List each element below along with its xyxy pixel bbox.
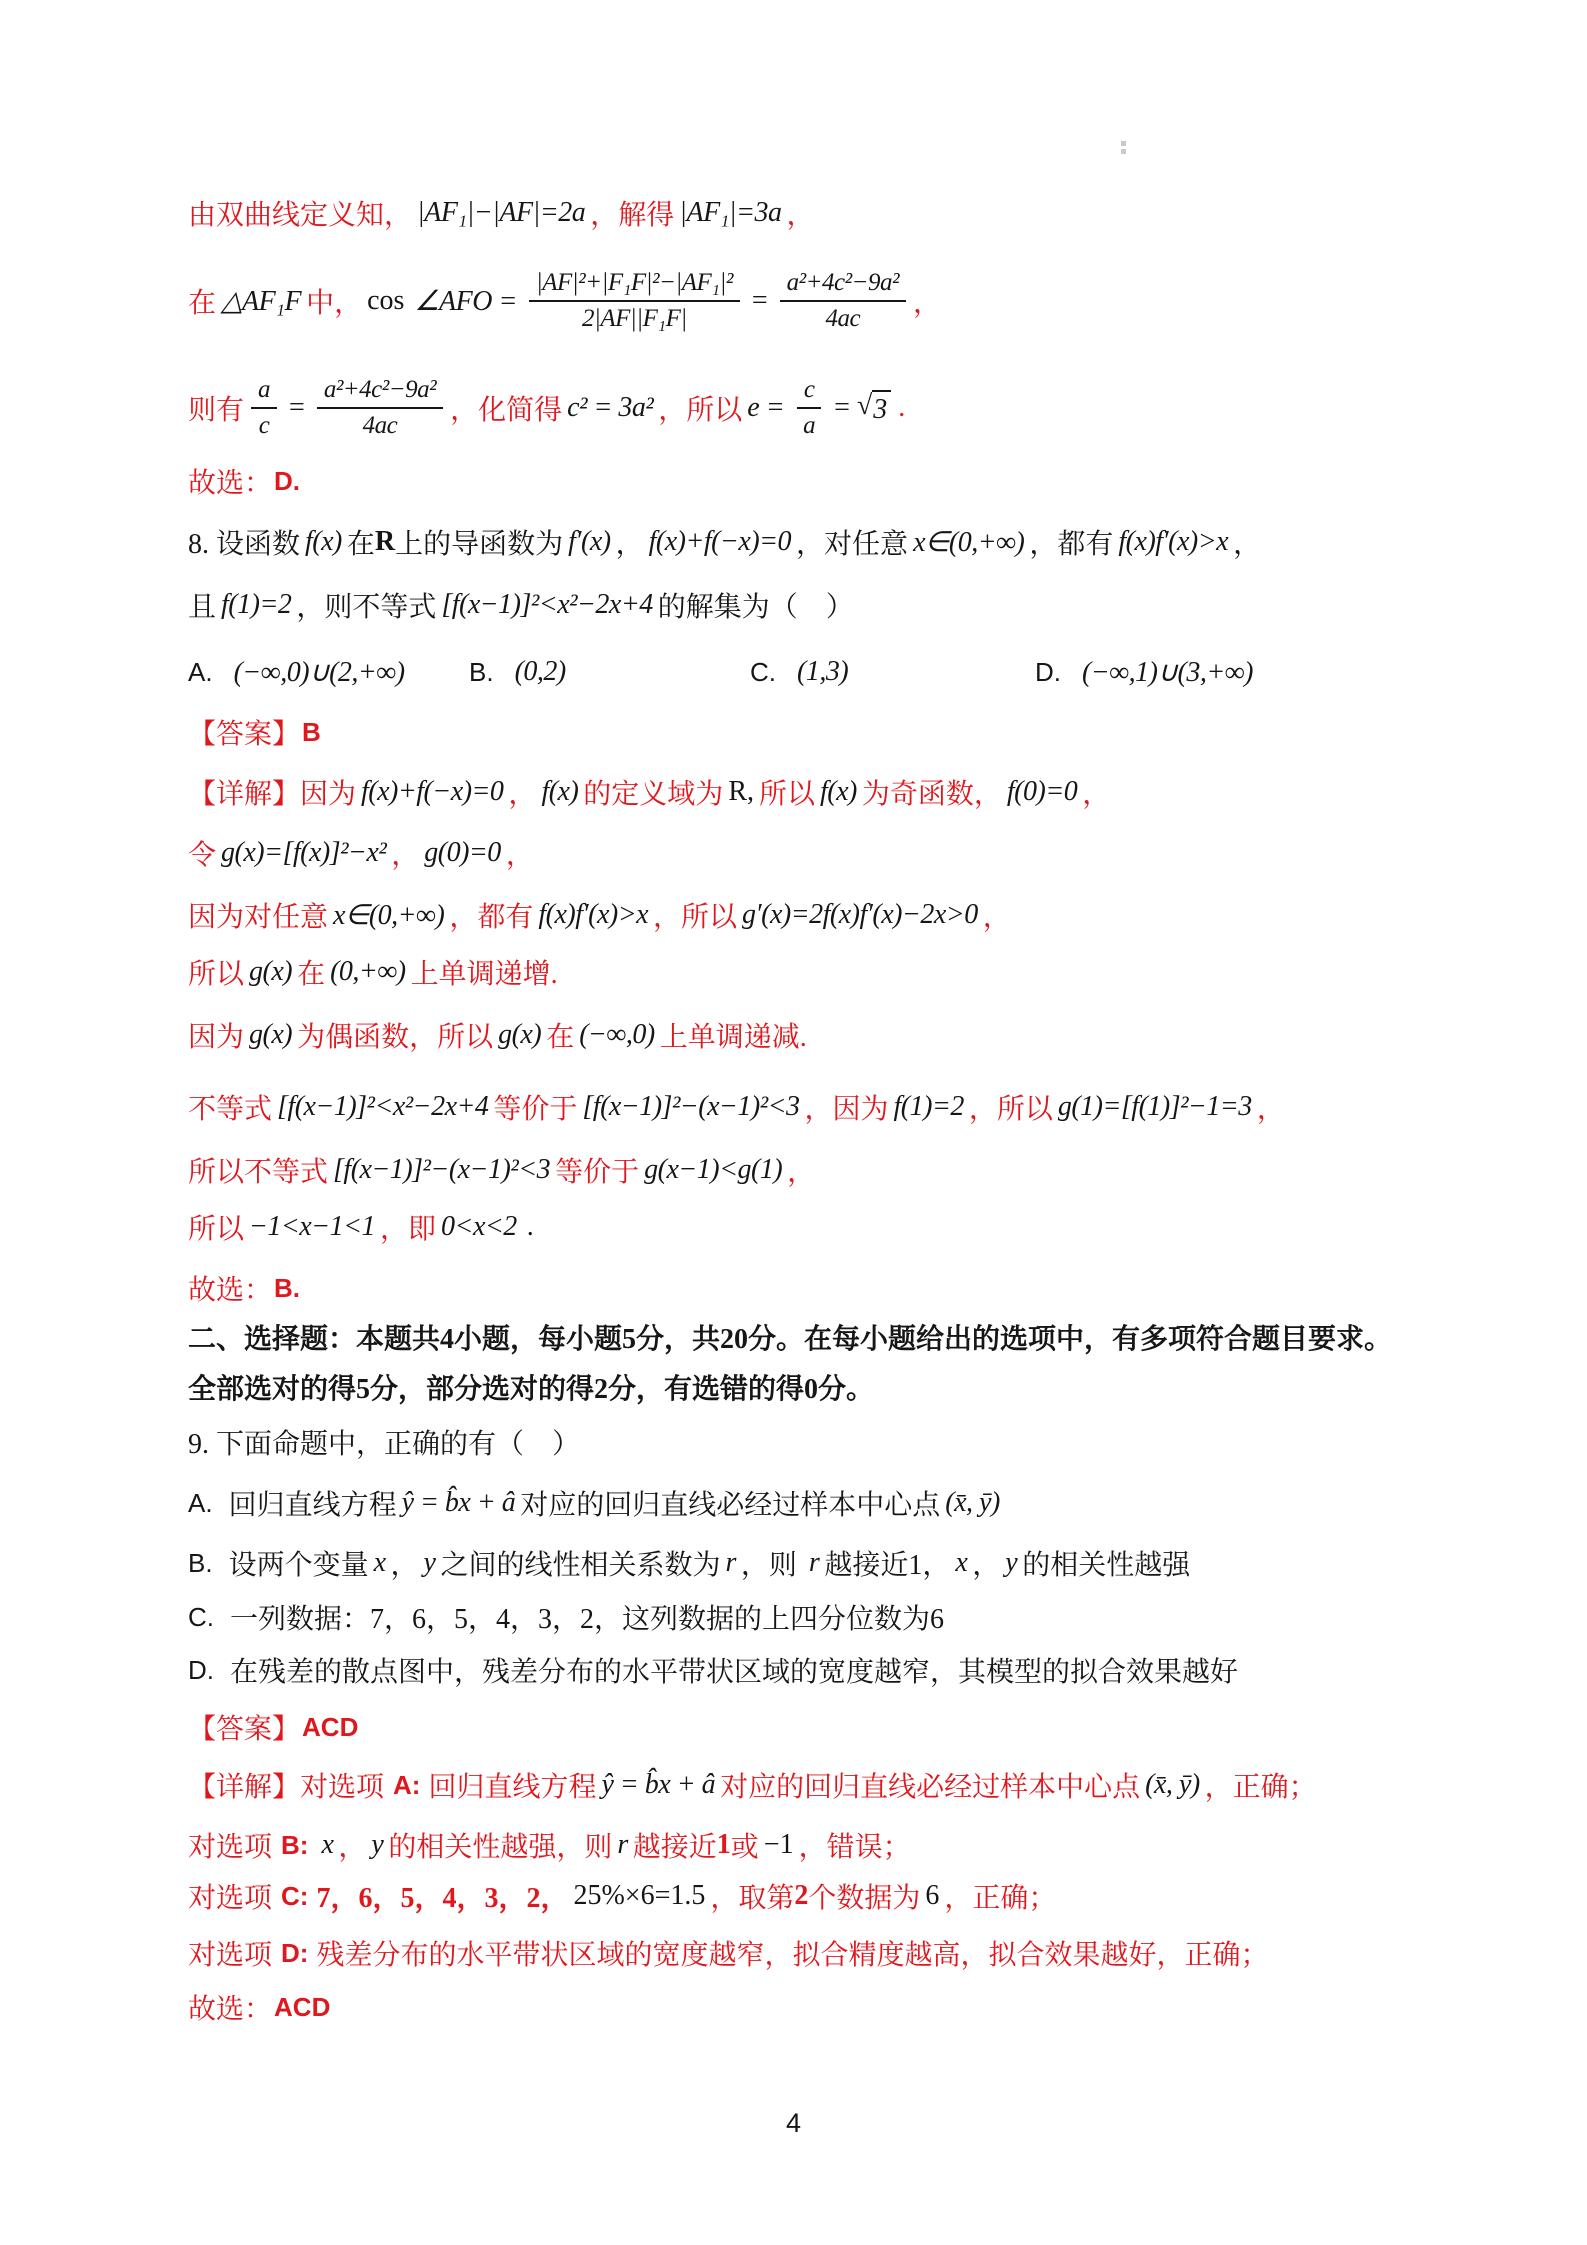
option-letter: C.: [750, 657, 776, 688]
text-segment: ，所以: [969, 1087, 1053, 1127]
fraction: ca: [796, 375, 822, 441]
text-segment: C.: [188, 1602, 214, 1633]
q8-option-c: C.(1,3): [750, 652, 853, 692]
fraction-numerator: |AF|²+|F₁F|²−|AF₁|²: [529, 268, 740, 302]
text-segment: 故选：: [188, 1987, 272, 2027]
text-segment: B.: [274, 1273, 300, 1304]
text-segment: (x̄, ȳ): [1145, 1769, 1200, 1801]
radical-sign: √: [857, 390, 872, 422]
text-segment: .: [891, 392, 905, 424]
text-segment: g(1)=[f(1)]²−1=3: [1058, 1091, 1252, 1123]
text-segment: 为偶函数，所以: [297, 1015, 493, 1055]
q8-stem-line2: 且f(1)=2，则不等式[f(x−1)]²<x²−2x+4的解集为（ ）: [188, 585, 854, 625]
text-segment: ，所以: [653, 895, 737, 935]
text-segment: 的相关性越强，则: [388, 1825, 612, 1865]
text-segment: ，化简得: [450, 388, 562, 428]
text-segment: [f(x−1)]²−(x−1)²<3: [333, 1154, 550, 1186]
q9-stem: 9. 下面命题中，正确的有（ ）: [188, 1422, 580, 1462]
q8-conclusion: 故选：B.: [188, 1268, 308, 1308]
q9-option-a: A.回归直线方程ŷ = b̂x + â对应的回归直线必经过样本中心点(x̄, ȳ…: [188, 1483, 1005, 1523]
text-segment: (0,+∞): [330, 956, 406, 988]
text-segment: ，: [983, 895, 1011, 935]
text-segment: 全部选对的得5分，部分选对的得2分，有选错的得0分。: [188, 1367, 874, 1407]
text-segment: 或: [731, 1825, 759, 1865]
text-segment: 1: [717, 1829, 731, 1861]
text-segment: ，因为: [805, 1087, 889, 1127]
text-segment: 在: [546, 1015, 574, 1055]
text-segment: 越接近: [633, 1825, 717, 1865]
q8-option-b: B.(0,2): [469, 652, 571, 692]
sol7-step2: 在△AF₁F中，cos∠AFO =|AF|²+|F₁F|²−|AF₁|²2|AF…: [188, 245, 941, 357]
text-segment: ，: [913, 281, 941, 321]
text-segment: x: [374, 1547, 386, 1579]
text-segment: f′(x): [568, 526, 610, 558]
text-segment: f(x): [820, 776, 857, 808]
text-segment: 残差分布的水平带状区域的宽度越窄，拟合精度越高，拟合效果越好，正确；: [316, 1933, 1268, 1973]
text-segment: 等价于: [493, 1087, 577, 1127]
text-segment: 在: [188, 281, 216, 321]
q9-solution-b: 对选项 B:x，y的相关性越强，则r越接近1或−1，错误；: [188, 1825, 911, 1865]
text-segment: 因为对任意: [188, 895, 328, 935]
text-segment: 中，: [306, 281, 362, 321]
option-value: (1,3): [797, 656, 848, 688]
text-segment: 上的导函数为: [395, 522, 563, 562]
text-segment: ，: [1233, 522, 1261, 562]
text-segment: 且: [188, 585, 216, 625]
q9-solution-c: 对选项 C:7，6，5，4，3，2，25%×6=1.5，取第2个数据为6，正确；: [188, 1876, 1056, 1916]
text-segment: 上单调递减.: [660, 1015, 807, 1055]
option-value: (−∞,1)∪(3,+∞): [1082, 655, 1253, 689]
sol7-step1: 由双曲线定义知，|AF₁|−|AF|=2a，解得|AF₁|=3a，: [188, 193, 815, 233]
q8-solution-7: 所以不等式[f(x−1)]²−(x−1)²<3等价于g(x−1)<g(1)，: [188, 1150, 815, 1190]
text-segment: =: [752, 285, 768, 317]
text-segment: (−∞,0): [579, 1019, 655, 1051]
text-segment: 故选：: [188, 1268, 272, 1308]
text-segment: ，: [391, 833, 419, 873]
text-segment: ŷ = b̂x + â: [402, 1487, 516, 1519]
text-segment: |AF₁|=3a: [679, 197, 781, 229]
text-segment: g(x): [498, 1019, 541, 1051]
text-segment: ，对任意: [796, 522, 908, 562]
text-segment: 之间的线性相关系数为: [440, 1543, 720, 1583]
fraction-denominator: 2|AF||F₁F|: [575, 302, 694, 334]
fraction-denominator: c: [252, 409, 277, 441]
text-segment: 的定义域为: [583, 772, 723, 812]
text-segment: ，取第: [710, 1876, 794, 1916]
q9-option-b: B.设两个变量x，y之间的线性相关系数为r，则 r越接近1，x，y的相关性越强: [188, 1543, 1190, 1583]
text-segment: ，: [616, 522, 644, 562]
text-segment: 对选项: [188, 1933, 279, 1973]
text-segment: ，: [391, 1543, 419, 1583]
text-segment: f(1)=2: [894, 1091, 964, 1123]
text-segment: B: [302, 717, 321, 748]
text-segment: 一列数据：7，6，5，4，3，2，这列数据的上四分位数为6: [230, 1597, 944, 1637]
text-segment: ，: [972, 1543, 1000, 1583]
text-segment: ，: [1082, 772, 1110, 812]
text-segment: 上单调递增.: [411, 952, 558, 992]
text-segment: R,: [728, 776, 754, 808]
text-segment: D.: [274, 466, 300, 497]
text-segment: ，正确；: [944, 1876, 1056, 1916]
text-segment: e =: [747, 392, 784, 424]
radicand: 3: [872, 390, 891, 426]
text-segment: ACD: [302, 1712, 358, 1743]
text-segment: B.: [188, 1548, 213, 1579]
text-segment: 对应的回归直线必经过样本中心点: [520, 1483, 940, 1523]
text-segment: [f(x−1)]²<x²−2x+4: [277, 1091, 488, 1123]
text-segment: 的解集为（ ）: [658, 585, 854, 625]
text-segment: ，正确；: [1205, 1765, 1317, 1805]
text-segment: r: [809, 1547, 819, 1579]
text-segment: 令: [188, 833, 216, 873]
option-value: (−∞,0)∪(2,+∞): [234, 655, 405, 689]
text-segment: ，都有: [449, 895, 533, 935]
text-segment: f(1)=2: [221, 589, 291, 621]
text-segment: f(x): [305, 526, 342, 558]
q9-answer: 【答案】ACD: [188, 1707, 366, 1747]
q9-option-c: C.一列数据：7，6，5，4，3，2，这列数据的上四分位数为6: [188, 1597, 944, 1637]
text-segment: ，即: [380, 1207, 436, 1247]
fraction-denominator: 4ac: [819, 302, 868, 334]
text-segment: y: [424, 1547, 436, 1579]
text-segment: f(x)f′(x)>x: [1118, 526, 1228, 558]
q8-answer: 【答案】B: [188, 712, 329, 752]
text-segment: x: [955, 1547, 967, 1579]
text-segment: △AF₁F: [221, 284, 301, 318]
option-letter: B.: [469, 657, 494, 688]
text-segment: 【答案】: [188, 712, 300, 752]
text-segment: |AF₁|−|AF|=2a: [417, 197, 585, 229]
text-segment: ，解得: [590, 193, 674, 233]
fraction-numerator: c: [797, 375, 822, 409]
q8-solution-4: 所以g(x)在(0,+∞)上单调递增.: [188, 952, 558, 992]
text-segment: ，: [787, 193, 815, 233]
text-segment: ，错误；: [799, 1825, 911, 1865]
option-value: (0,2): [515, 656, 566, 688]
fraction-denominator: a: [796, 409, 822, 441]
text-segment: 7，6，5，4，3，2，: [316, 1876, 568, 1916]
text-segment: 所以: [759, 772, 815, 812]
text-segment: 越接近1，: [824, 1543, 950, 1583]
document-page: 由双曲线定义知，|AF₁|−|AF|=2a，解得|AF₁|=3a，在△AF₁F中…: [0, 0, 1587, 2245]
text-segment: 对应的回归直线必经过样本中心点: [720, 1765, 1140, 1805]
section2-header-line1: 二、选择题：本题共4小题，每小题5分，共20分。在每小题给出的选项中，有多项符合…: [188, 1317, 1392, 1357]
text-segment: x∈(0,+∞): [333, 898, 444, 932]
q8-solution-1: 【详解】因为f(x)+f(−x)=0，f(x)的定义域为R,所以f(x)为奇函数…: [188, 772, 1110, 812]
q8-option-d: D.(−∞,1)∪(3,+∞): [1035, 652, 1258, 692]
text-segment: 等价于: [555, 1150, 639, 1190]
q8-solution-8: 所以−1<x−1<1，即0<x<2.: [188, 1207, 539, 1247]
text-segment: 在残差的散点图中，残差分布的水平带状区域的宽度越窄，其模型的拟合效果越好: [230, 1650, 1238, 1690]
text-segment: 8. 设函数: [188, 522, 300, 562]
text-segment: 【详解】因为: [188, 772, 356, 812]
fraction-numerator: a²+4c²−9a²: [780, 268, 906, 302]
text-segment: 不等式: [188, 1087, 272, 1127]
text-segment: 二、选择题：本题共4小题，每小题5分，共20分。在每小题给出的选项中，有多项符合…: [188, 1317, 1392, 1357]
text-segment: y: [1005, 1547, 1017, 1579]
text-segment: c² = 3a²: [567, 392, 653, 424]
text-segment: 9. 下面命题中，正确的有（ ）: [188, 1422, 580, 1462]
text-segment: r: [726, 1547, 736, 1579]
fraction: |AF|²+|F₁F|²−|AF₁|²2|AF||F₁F|: [529, 268, 740, 334]
smudge-artifact: [1121, 141, 1126, 146]
text-segment: r: [617, 1829, 627, 1861]
text-segment: 所以: [188, 1207, 244, 1247]
text-segment: g(x)=[f(x)]²−x²: [221, 837, 386, 869]
text-segment: 因为: [188, 1015, 244, 1055]
text-segment: 6: [925, 1880, 939, 1912]
text-segment: −1: [764, 1829, 794, 1861]
text-segment: 所以不等式: [188, 1150, 328, 1190]
text-segment: ŷ = b̂x + â: [601, 1769, 715, 1801]
text-segment: ∠AFO =: [414, 284, 516, 318]
text-segment: 在: [297, 952, 325, 992]
text-segment: ，所以: [658, 388, 742, 428]
text-segment: ，: [1257, 1087, 1285, 1127]
text-segment: 在: [347, 522, 375, 562]
option-letter: A.: [188, 657, 213, 688]
text-segment: A:: [393, 1770, 420, 1801]
text-segment: 则有: [188, 388, 244, 428]
text-segment: D.: [188, 1655, 214, 1686]
text-segment: g(0)=0: [424, 837, 501, 869]
text-segment: g′(x)=2f(x)f′(x)−2x>0: [742, 899, 978, 931]
text-segment: x∈(0,+∞): [913, 525, 1024, 559]
q8-solution-5: 因为g(x)为偶函数，所以g(x)在(−∞,0)上单调递减.: [188, 1015, 807, 1055]
page-number: 4: [0, 2108, 1587, 2139]
text-segment: [f(x−1)]²−(x−1)²<3: [582, 1091, 799, 1123]
text-segment: =: [834, 392, 850, 424]
text-segment: 对选项: [188, 1876, 279, 1916]
text-segment: 0<x<2: [441, 1211, 517, 1243]
text-segment: A.: [188, 1488, 213, 1519]
fraction-denominator: 4ac: [356, 409, 405, 441]
text-segment: (x̄, ȳ): [945, 1487, 1000, 1519]
text-segment: 故选：: [188, 461, 272, 501]
text-segment: C:: [281, 1881, 308, 1912]
fraction-numerator: a²+4c²−9a²: [317, 375, 443, 409]
sol7-conclusion: 故选：D.: [188, 461, 308, 501]
text-segment: 对选项: [188, 1825, 279, 1865]
text-segment: f(0)=0: [1007, 776, 1077, 808]
text-segment: [f(x−1)]²<x²−2x+4: [441, 589, 652, 621]
text-segment: 设两个变量: [229, 1543, 369, 1583]
text-segment: 【详解】对选项: [188, 1765, 391, 1805]
q9-option-d: D.在残差的散点图中，残差分布的水平带状区域的宽度越窄，其模型的拟合效果越好: [188, 1650, 1238, 1690]
text-segment: 为奇函数，: [862, 772, 1002, 812]
text-segment: ，: [338, 1825, 366, 1865]
text-segment: .: [527, 1211, 534, 1243]
q9-solution-a: 【详解】对选项 A:回归直线方程ŷ = b̂x + â对应的回归直线必经过样本中…: [188, 1765, 1317, 1805]
text-segment: −1<x−1<1: [249, 1211, 375, 1243]
text-segment: 回归直线方程: [229, 1483, 397, 1523]
text-segment: ，则: [741, 1543, 804, 1583]
text-segment: f(x)+f(−x)=0: [649, 526, 791, 558]
text-segment: 个数据为: [808, 1876, 920, 1916]
q8-stem-line1: 8. 设函数f(x)在R上的导函数为f′(x)，f(x)+f(−x)=0，对任意…: [188, 522, 1261, 562]
q8-solution-3: 因为对任意x∈(0,+∞)，都有f(x)f′(x)>x，所以g′(x)=2f(x…: [188, 895, 1011, 935]
text-segment: 25%×6=1.5: [573, 1880, 705, 1912]
fraction-numerator: a: [251, 375, 277, 409]
text-segment: =: [289, 392, 305, 424]
text-segment: 回归直线方程: [428, 1765, 596, 1805]
text-segment: x: [321, 1829, 333, 1861]
section2-header-line2: 全部选对的得5分，部分选对的得2分，有选错的得0分。: [188, 1367, 874, 1407]
text-segment: ，: [787, 1150, 815, 1190]
fraction: ac: [251, 375, 277, 441]
sqrt-expression: √3: [857, 390, 891, 426]
text-segment: 的相关性越强: [1022, 1543, 1190, 1583]
text-segment: 2: [794, 1880, 808, 1912]
text-segment: 由双曲线定义知，: [188, 193, 412, 233]
sol7-step3: 则有ac=a²+4c²−9a²4ac，化简得c² = 3a²，所以e =ca=√…: [188, 352, 905, 464]
option-letter: D.: [1035, 657, 1061, 688]
text-segment: B:: [281, 1830, 308, 1861]
text-segment: y: [371, 1829, 383, 1861]
fraction: a²+4c²−9a²4ac: [317, 375, 443, 441]
q9-conclusion: 故选：ACD: [188, 1987, 338, 2027]
text-segment: ，: [506, 833, 534, 873]
q9-solution-d: 对选项 D:残差分布的水平带状区域的宽度越窄，拟合精度越高，拟合效果越好，正确；: [188, 1933, 1268, 1973]
text-segment: 所以: [188, 952, 244, 992]
text-segment: g(x): [249, 1019, 292, 1051]
fraction: a²+4c²−9a²4ac: [780, 268, 906, 334]
text-segment: f(x): [541, 776, 578, 808]
text-segment: ，都有: [1029, 522, 1113, 562]
text-segment: g(x): [249, 956, 292, 988]
text-segment: R: [375, 526, 395, 558]
text-segment: f(x)f′(x)>x: [538, 899, 648, 931]
text-segment: ，: [508, 772, 536, 812]
text-segment: g(x−1)<g(1): [644, 1154, 782, 1186]
q8-solution-2: 令g(x)=[f(x)]²−x²，g(0)=0，: [188, 833, 534, 873]
text-segment: ，则不等式: [296, 585, 436, 625]
text-segment: 【答案】: [188, 1707, 300, 1747]
text-segment: D:: [281, 1938, 308, 1969]
q8-solution-6: 不等式[f(x−1)]²<x²−2x+4等价于[f(x−1)]²−(x−1)²<…: [188, 1087, 1285, 1127]
text-segment: f(x)+f(−x)=0: [361, 776, 503, 808]
q8-option-a: A.(−∞,0)∪(2,+∞): [188, 652, 410, 692]
text-segment: cos: [367, 285, 404, 317]
text-segment: ACD: [274, 1992, 330, 2023]
